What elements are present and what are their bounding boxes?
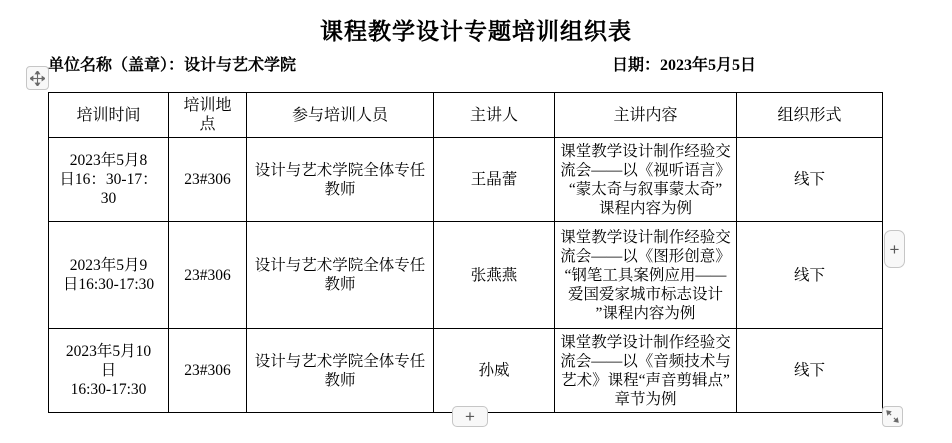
training-table: 培训时间 培训地 点 参与培训人员 主讲人 主讲内容 组织形式 2023年5月8… — [48, 92, 883, 413]
date-label[interactable]: 日期：2023年5月5日 — [612, 52, 756, 75]
add-row-button[interactable]: + — [452, 406, 488, 427]
diagonal-resize-icon — [886, 410, 899, 423]
cell-speaker[interactable]: 张燕燕 — [434, 222, 555, 329]
header-participants[interactable]: 参与培训人员 — [247, 93, 434, 138]
cell-location[interactable]: 23#306 — [169, 138, 247, 222]
header-training-time[interactable]: 培训时间 — [49, 93, 169, 138]
header-format[interactable]: 组织形式 — [737, 93, 883, 138]
header-training-location[interactable]: 培训地 点 — [169, 93, 247, 138]
cell-participants[interactable]: 设计与艺术学院全体专任 教师 — [247, 222, 434, 329]
add-column-button[interactable]: + — [884, 230, 905, 268]
cell-content[interactable]: 课堂教学设计制作经验交 流会——以《音频技术与 艺术》课程“声音剪辑点” 章节为… — [555, 329, 737, 413]
table-header-row: 培训时间 培训地 点 参与培训人员 主讲人 主讲内容 组织形式 — [49, 93, 883, 138]
cell-location[interactable]: 23#306 — [169, 222, 247, 329]
table-move-handle[interactable] — [26, 66, 49, 90]
cell-participants[interactable]: 设计与艺术学院全体专任 教师 — [247, 329, 434, 413]
cell-time[interactable]: 2023年5月9 日16:30-17:30 — [49, 222, 169, 329]
cell-participants[interactable]: 设计与艺术学院全体专任 教师 — [247, 138, 434, 222]
cell-content[interactable]: 课堂教学设计制作经验交 流会——以《视听语言》 “蒙太奇与叙事蒙太奇” 课程内容… — [555, 138, 737, 222]
cell-speaker[interactable]: 孙威 — [434, 329, 555, 413]
plus-icon: + — [890, 241, 900, 258]
cell-speaker[interactable]: 王晶蕾 — [434, 138, 555, 222]
table-row: 2023年5月8 日16：30-17： 30 23#306 设计与艺术学院全体专… — [49, 138, 883, 222]
cell-location[interactable]: 23#306 — [169, 329, 247, 413]
unit-name-label[interactable]: 单位名称（盖章）：设计与艺术学院 — [48, 52, 296, 75]
plus-icon: + — [465, 408, 475, 425]
cell-format[interactable]: 线下 — [737, 222, 883, 329]
move-cross-icon — [30, 71, 45, 86]
cell-content[interactable]: 课堂教学设计制作经验交 流会——以《图形创意》 “钢笔工具案例应用—— 爱国爱家… — [555, 222, 737, 329]
page-title[interactable]: 课程教学设计专题培训组织表 — [0, 13, 952, 46]
table-row: 2023年5月9 日16:30-17:30 23#306 设计与艺术学院全体专任… — [49, 222, 883, 329]
cell-format[interactable]: 线下 — [737, 138, 883, 222]
cell-time[interactable]: 2023年5月10 日 16:30-17:30 — [49, 329, 169, 413]
document-page: 课程教学设计专题培训组织表 单位名称（盖章）：设计与艺术学院 日期：2023年5… — [0, 0, 952, 443]
table-resize-handle[interactable] — [882, 406, 903, 427]
header-speaker[interactable]: 主讲人 — [434, 93, 555, 138]
table-row: 2023年5月10 日 16:30-17:30 23#306 设计与艺术学院全体… — [49, 329, 883, 413]
cell-format[interactable]: 线下 — [737, 329, 883, 413]
cell-time[interactable]: 2023年5月8 日16：30-17： 30 — [49, 138, 169, 222]
header-content[interactable]: 主讲内容 — [555, 93, 737, 138]
